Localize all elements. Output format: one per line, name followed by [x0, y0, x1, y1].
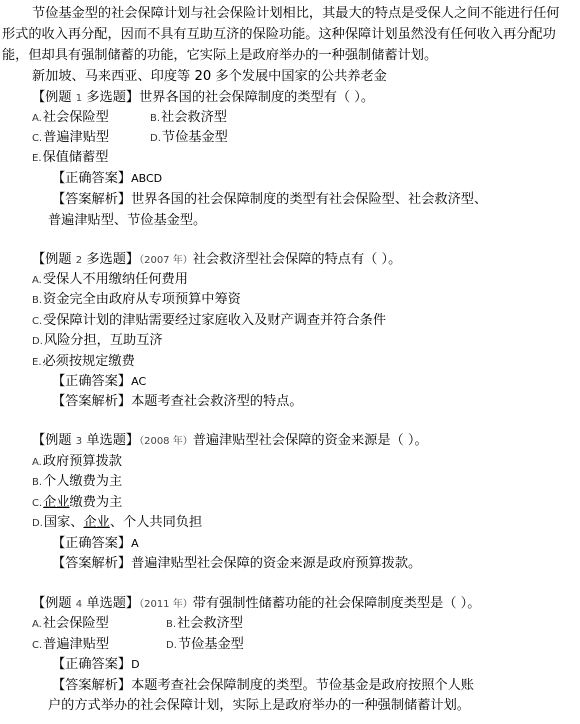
option-d: D.风险分担，互助互济 [32, 331, 163, 351]
question-2-answer: 【正确答案】AC [52, 372, 146, 392]
intro-line-3: 能，但却具有强制储蓄的功能，它实际上是政府举办的一种强制储蓄计划。 [2, 46, 437, 66]
question-2-title: 【例题 2 多选题】（2007 年）社会救济型社会保障的特点有（ ）。 [32, 250, 401, 270]
option-b: B.资金完全由政府从专项预算中筹资 [32, 290, 241, 310]
question-type: 多选题】 [82, 90, 139, 105]
question-3-answer: 【正确答案】A [52, 534, 139, 554]
option-a: A.社会保险型 [32, 110, 109, 125]
question-4-answer: 【正确答案】D [52, 655, 140, 675]
question-1-answer: 【正确答案】ABCD [52, 169, 162, 189]
option-d: D.节俭基金型 [166, 635, 244, 656]
question-year: （2011 年） [139, 599, 193, 610]
option-c: C.普遍津贴型 [32, 130, 109, 145]
option-c: C.普遍津贴型 [32, 637, 109, 652]
option-b: B.社会救济型 [166, 614, 243, 635]
option-c: C.企业缴费为主 [32, 493, 122, 513]
option-a: A.社会保险型 [32, 616, 109, 631]
question-3-title: 【例题 3 单选题】（2008 年）普遍津贴型社会保障的资金来源是（ ）。 [32, 431, 428, 451]
option-d: D.节俭基金型 [150, 128, 228, 149]
option-b: B.个人缴费为主 [32, 472, 122, 492]
question-4-options-row-2: C.普遍津贴型 D.节俭基金型 [32, 635, 109, 655]
question-4-analysis: 【答案解析】本题考查社会保障制度的类型。节俭基金是政府按照个人账 [52, 676, 474, 696]
answer-value: D [131, 658, 139, 671]
question-4-options-row-1: A.社会保险型 B.社会救济型 [32, 614, 109, 634]
question-1-options-row-2: C.普遍津贴型 D.节俭基金型 [32, 128, 109, 148]
option-e: E.必须按规定缴费 [32, 352, 135, 372]
answer-value: AC [131, 375, 146, 388]
intro-line-1: 节俭基金型的社会保障计划与社会保险计划相比，其最大的特点是受保人之间不能进行任何 [32, 4, 560, 24]
option-b: B.社会救济型 [150, 108, 227, 129]
enterprise-link[interactable]: 企业 [83, 515, 109, 530]
analysis-label: 【答案解析】 [52, 192, 131, 207]
answer-label: 【正确答案】 [52, 171, 131, 186]
question-1-title: 【例题 1 多选题】世界各国的社会保障制度的类型有（ ）。 [32, 88, 374, 108]
answer-value: A [131, 537, 139, 550]
question-4-analysis-cont: 户的方式举办的社会保障计划，实际上是政府举办的一种强制储蓄计划。 [48, 696, 470, 716]
question-1-options-row-1: A.社会保险型 B.社会救济型 [32, 108, 109, 128]
question-1-analysis-cont: 普遍津贴型、节俭基金型。 [48, 211, 206, 231]
option-a: A.受保人不用缴纳任何费用 [32, 270, 188, 290]
question-stem: 普遍津贴型社会保障的资金来源是（ ）。 [193, 433, 428, 448]
option-c: C.受保障计划的津贴需要经过家庭收入及财产调查并符合条件 [32, 311, 386, 331]
question-3-analysis: 【答案解析】普遍津贴型社会保障的资金来源是政府预算拨款。 [52, 554, 421, 574]
option-a: A.政府预算拨款 [32, 452, 122, 472]
intro-line-2: 形式的收入再分配，因而不具有互助互济的保险功能。这种保障计划虽然没有任何收入再分… [2, 25, 556, 45]
answer-value: ABCD [131, 172, 162, 185]
enterprise-link[interactable]: 企业 [43, 495, 69, 510]
question-2-analysis: 【答案解析】本题考查社会救济型的特点。 [52, 392, 303, 412]
question-stem: 社会救济型社会保障的特点有（ ）。 [193, 252, 402, 267]
question-1-analysis: 【答案解析】世界各国的社会保障制度的类型有社会保险型、社会救济型、 [52, 190, 487, 210]
question-stem: 世界各国的社会保障制度的类型有（ ）。 [139, 90, 374, 105]
question-year: （2007 年） [139, 255, 193, 266]
option-d: D.国家、企业、个人共同负担 [32, 513, 202, 533]
intro-example-line: 新加坡、马来西亚、印度等 20 多个发展中国家的公共养老金 [32, 67, 387, 87]
question-4-title: 【例题 4 单选题】（2011 年）带有强制性储蓄功能的社会保障制度类型是（ ）… [32, 594, 480, 614]
question-year: （2008 年） [139, 436, 193, 447]
title-prefix: 【例题 [32, 90, 76, 105]
option-e: E.保值储蓄型 [32, 148, 108, 168]
question-stem: 带有强制性储蓄功能的社会保障制度类型是（ ）。 [193, 596, 481, 611]
